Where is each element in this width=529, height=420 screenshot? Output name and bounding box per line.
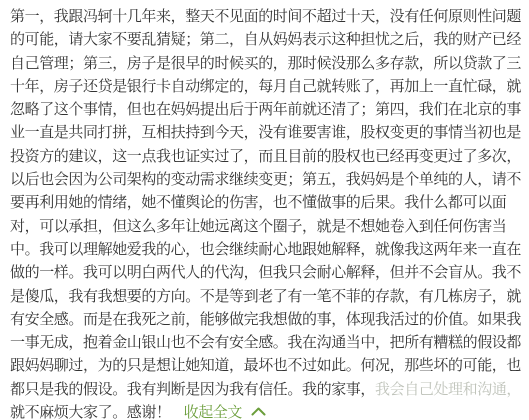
post-text-line: 有安全感。而是在我死之前，能够做完我想做的事，体现我活过的价值。如果我 — [10, 308, 521, 331]
text-segment: 要再利用她的情绪，她不懂舆论的伤害，也不懂做事的后果。我什么都可以面 — [10, 193, 506, 211]
post-text-line: 是傻瓜，我有我想要的方向。不是等到老了有一笔不菲的存款，有几栋房子，就 — [10, 285, 521, 308]
collapse-full-text-link[interactable]: 收起全文 — [184, 403, 266, 420]
post-text-line: 要再利用她的情绪，她不懂舆论的伤害，也不懂做事的后果。我什么都可以面 — [10, 191, 521, 214]
post-text-line: 都只是我的假设。我有判断是因为我有信任。我的家事，我会自己处理和沟通， — [10, 378, 521, 401]
post-text-line: 忽略了这个事情，但也在妈妈提出后于两年前就还清了；第四，我们在北京的事 — [10, 98, 521, 121]
text-segment: 自己管理；第三，房子是很早的时候买的，那时候没那么多存款，所以贷款了三 — [10, 54, 521, 72]
text-segment: 做的一样。我可以明白两代人的代沟，但我只会耐心解释，但并不会盲从。我不 — [10, 263, 521, 281]
post-text-line: 业一直是共同打拼，互相扶持到今天，没有谁要害谁，股权变更的事情当初也是 — [10, 121, 521, 144]
text-segment: 忽略了这个事情，但也在妈妈提出后于两年前就还清了；第四，我们在北京的事 — [10, 100, 521, 118]
post-text-line: 一事无成，抱着金山银山也不会有安全感。我在沟通当中，把所有糟糕的假设都 — [10, 331, 521, 354]
post-text-line: 跟妈妈聊过，为的只是想让她知道，最坏也不过如此。何况，那些坏的可能，也 — [10, 354, 521, 377]
text-segment: 业一直是共同打拼，互相扶持到今天，没有谁要害谁，股权变更的事情当初也是 — [10, 123, 521, 141]
text-segment: 第一，我跟冯轲十几年来，整天不见面的时间不超过十天，没有任何原则性问题 — [10, 7, 521, 25]
post-last-line: 就不麻烦大家了。感谢！收起全文 — [10, 401, 521, 420]
text-segment: 的可能，请大家不要乱猜疑；第二，自从妈妈表示这种担忧之后，我的财产已经 — [10, 30, 521, 48]
weibo-post-screenshot: { "post": { "lines": [ { "segments": [ {… — [0, 0, 529, 420]
post-text-line: 第一，我跟冯轲十几年来，整天不见面的时间不超过十天，没有任何原则性问题 — [10, 5, 521, 28]
post-text-line: 的可能，请大家不要乱猜疑；第二，自从妈妈表示这种担忧之后，我的财产已经 — [10, 28, 521, 51]
text-segment: 是傻瓜，我有我想要的方向。不是等到老了有一笔不菲的存款，有几栋房子，就 — [10, 287, 521, 305]
post-text-line: 投资方的建议，这一点我也证实过了，而且目前的股权也已经再变更过了多次， — [10, 145, 521, 168]
text-segment: 以后也会因为公司架构的变动需求继续变更；第五，我妈妈是个单纯的人，请不 — [10, 170, 521, 188]
faded-text-segment: 我会自己处理和沟通， — [375, 380, 521, 398]
text-segment: 投资方的建议，这一点我也证实过了，而且目前的股权也已经再变更过了多次， — [10, 147, 521, 165]
collapse-link-label[interactable]: 收起全文 — [184, 403, 242, 420]
post-lines: 第一，我跟冯轲十几年来，整天不见面的时间不超过十天，没有任何原则性问题的可能，请… — [10, 5, 521, 401]
text-segment: 就不麻烦大家了。感谢！ — [10, 403, 171, 420]
post-body: 第一，我跟冯轲十几年来，整天不见面的时间不超过十天，没有任何原则性问题的可能，请… — [0, 0, 529, 420]
text-segment: 对，可以承担，但这么多年让她远离这个圈子，就是不想她卷入到任何伤害当 — [10, 217, 506, 235]
post-text-line: 十年，房子还贷是银行卡自动绑定的，每月自己就转账了，再加上一直忙碌，就 — [10, 75, 521, 98]
chevron-up-icon — [251, 407, 266, 416]
text-segment: 都只是我的假设。我有判断是因为我有信任。我的家事， — [10, 380, 375, 398]
text-segment: 有安全感。而是在我死之前，能够做完我想做的事，体现我活过的价值。如果我 — [10, 310, 521, 328]
post-text-line: 对，可以承担，但这么多年让她远离这个圈子，就是不想她卷入到任何伤害当 — [10, 215, 521, 238]
post-text-line: 中。我可以理解她爱我的心，也会继续耐心地跟她解释，就像我这两年来一直在 — [10, 238, 521, 261]
text-segment: 跟妈妈聊过，为的只是想让她知道，最坏也不过如此。何况，那些坏的可能，也 — [10, 356, 521, 374]
post-text-line: 自己管理；第三，房子是很早的时候买的，那时候没那么多存款，所以贷款了三 — [10, 52, 521, 75]
text-segment: 一事无成，抱着金山银山也不会有安全感。我在沟通当中，把所有糟糕的假设都 — [10, 333, 521, 351]
text-segment: 中。我可以理解她爱我的心，也会继续耐心地跟她解释，就像我这两年来一直在 — [10, 240, 521, 258]
post-text-line: 以后也会因为公司架构的变动需求继续变更；第五，我妈妈是个单纯的人，请不 — [10, 168, 521, 191]
text-segment: 十年，房子还贷是银行卡自动绑定的，每月自己就转账了，再加上一直忙碌，就 — [10, 77, 521, 95]
post-text-line: 做的一样。我可以明白两代人的代沟，但我只会耐心解释，但并不会盲从。我不 — [10, 261, 521, 284]
